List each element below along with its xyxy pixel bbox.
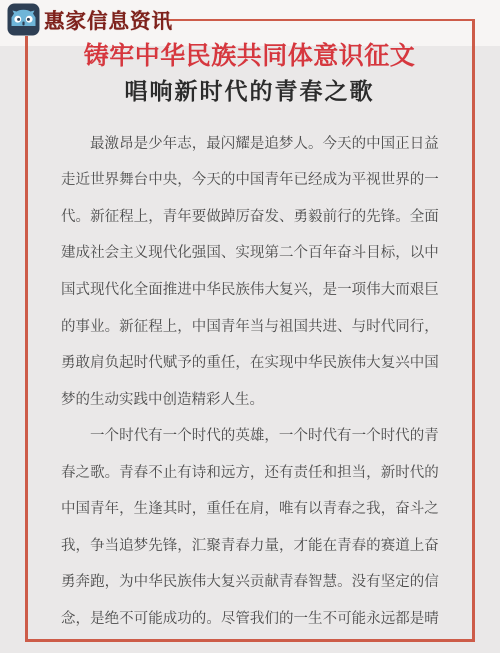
article-line: 梦的生动实践中创造精彩人生。: [61, 380, 439, 417]
article-body: 最激昂是少年志，最闪耀是追梦人。今天的中国正日益走近世界舞台中央，今天的中国青年…: [61, 124, 439, 636]
frame-left-border: [25, 36, 28, 641]
article-line: 中国青年，生逢其时，重任在肩，唯有以青春之我，奋斗之: [61, 489, 439, 526]
frame-right-border: [472, 19, 475, 641]
article-line: 建成社会主义现代化强国、实现第二个百年奋斗目标，以中: [61, 234, 439, 271]
article-line: 国式现代化全面推进中华民族伟大复兴，是一项伟大而艰巨: [61, 270, 439, 307]
article-line: 的事业。新征程上，中国青年当与祖国共进、与时代同行，: [61, 307, 439, 344]
robot-logo-icon[interactable]: [7, 3, 40, 36]
article-line: 走近世界舞台中央，今天的中国青年已经成为平视世界的一: [61, 161, 439, 198]
article-subtitle: 唱响新时代的青春之歌: [26, 73, 473, 106]
article-title: 铸牢中华民族共同体意识征文: [26, 36, 473, 72]
frame-bottom-border: [25, 639, 475, 642]
article-line: 念，是绝不可能成功的。尽管我们的一生不可能永远都是晴: [61, 599, 439, 636]
article-page: 惠家信息资讯 铸牢中华民族共同体意识征文 唱响新时代的青春之歌 最激昂是少年志，…: [0, 0, 500, 653]
article-line: 勇敢肩负起时代赋予的重任，在实现中华民族伟大复兴中国: [61, 343, 439, 380]
article-line: 最激昂是少年志，最闪耀是追梦人。今天的中国正日益: [61, 124, 439, 161]
frame-top-border: [168, 19, 473, 21]
article-line: 一个时代有一个时代的英雄，一个时代有一个时代的青: [61, 416, 439, 453]
article-line: 代。新征程上，青年要做踔厉奋发、勇毅前行的先锋。全面: [61, 197, 439, 234]
article-line: 春之歌。青春不止有诗和远方，还有责任和担当，新时代的: [61, 453, 439, 490]
article-line: 勇奔跑，为中华民族伟大复兴贡献青春智慧。没有坚定的信: [61, 563, 439, 600]
brand-name[interactable]: 惠家信息资讯: [44, 4, 173, 34]
article-line: 我，争当追梦先锋，汇聚青春力量，才能在青春的赛道上奋: [61, 526, 439, 563]
